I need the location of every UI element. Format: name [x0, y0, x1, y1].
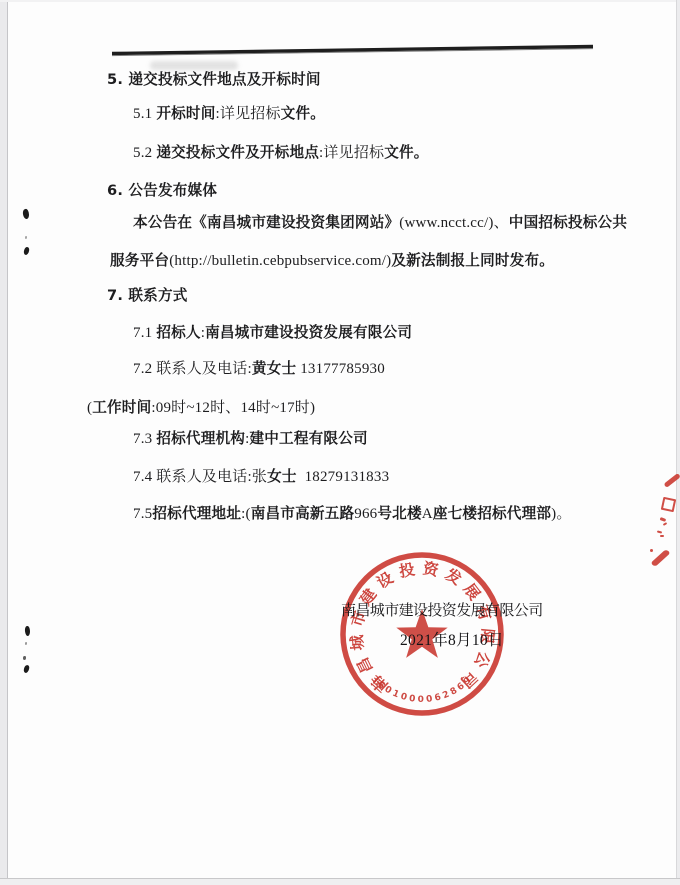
ink-speck	[22, 208, 30, 219]
clause-5-2: 5.2 递交投标文件及开标地点:详见招标文件。	[133, 143, 429, 163]
ink-speck	[25, 236, 27, 239]
red-stamp-fragment	[660, 517, 666, 521]
red-stamp-fragment	[650, 549, 653, 552]
scan-edge-left	[0, 0, 8, 885]
red-stamp-fragment	[651, 549, 671, 568]
red-stamp-fragment	[661, 497, 676, 512]
ink-speck	[23, 665, 30, 674]
ink-speck	[23, 247, 29, 256]
paragraph-6-line-2: 服务平台(http://bulletin.cebpubservice.com/)…	[110, 251, 554, 271]
clause-7-5: 7.5招标代理地址:(南昌市高新五路966号北楼A座七楼招标代理部)。	[133, 504, 572, 524]
paragraph-6-line-1: 本公告在《南昌城市建设投资集团网站》(www.ncct.cc/)、中国招标投标公…	[133, 213, 627, 233]
signature-date: 2021年8月10日	[400, 628, 504, 650]
scan-edge-bottom	[0, 878, 680, 885]
scan-edge-right	[676, 0, 680, 885]
top-rule-artifact	[0, 0, 680, 70]
ink-speck	[25, 642, 27, 645]
heading-section-5: 5. 递交投标文件地点及开标时间	[107, 70, 321, 90]
red-stamp-fragment	[657, 530, 662, 533]
scanned-document-page: 5. 递交投标文件地点及开标时间 5.1 开标时间:详见招标文件。 5.2 递交…	[0, 0, 680, 885]
clause-7-4: 7.4 联系人及电话:张女士 18279131833	[133, 467, 389, 487]
ink-speck	[24, 626, 30, 637]
clause-7-1: 7.1 招标人:南昌城市建设投资发展有限公司	[133, 323, 412, 343]
red-stamp-fragment	[660, 535, 664, 537]
work-hours-note: (工作时间:09时~12时、14时~17时)	[87, 398, 315, 418]
clause-7-2: 7.2 联系人及电话:黄女士 13177785930	[133, 359, 385, 379]
heading-section-7: 7. 联系方式	[107, 286, 188, 306]
clause-5-1: 5.1 开标时间:详见招标文件。	[133, 104, 325, 124]
clause-7-3: 7.3 招标代理机构:建中工程有限公司	[133, 429, 368, 449]
heading-section-6: 6. 公告发布媒体	[107, 181, 217, 201]
red-stamp-fragment	[663, 522, 667, 526]
bleedthrough-smudge	[150, 61, 238, 70]
signature-company-name: 南昌城市建设投资发展有限公司	[341, 599, 543, 620]
ink-speck	[23, 656, 26, 660]
